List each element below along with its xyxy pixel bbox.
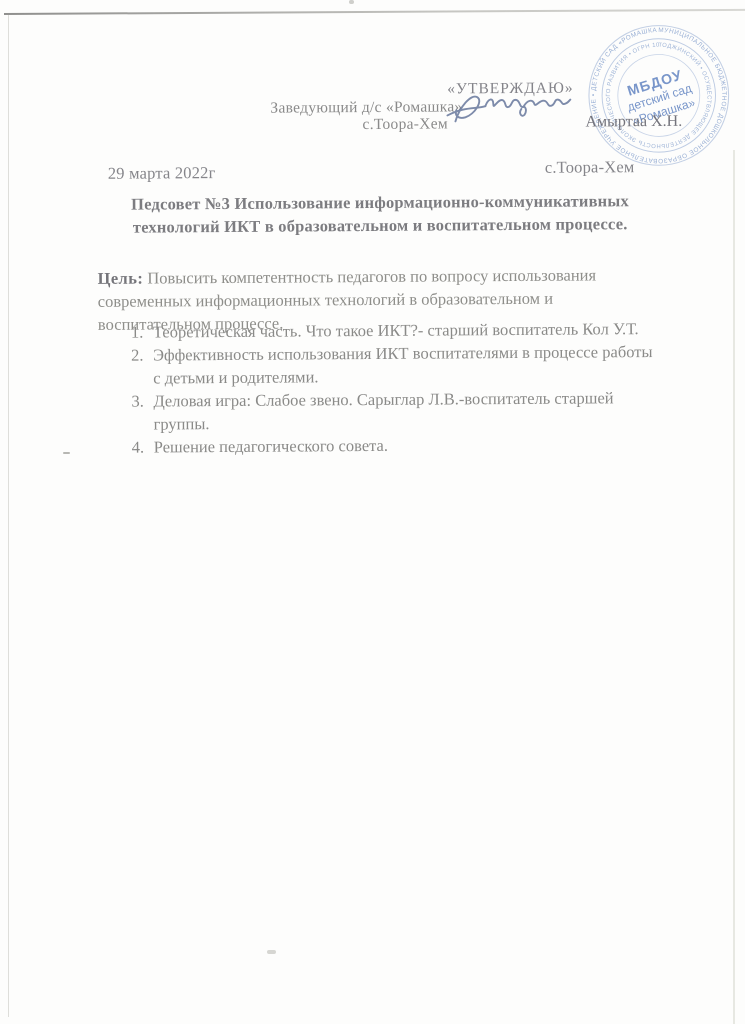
agenda-item: 3. Деловая игра: Слабое звено. Сарыглар …	[131, 386, 676, 436]
agenda-item-number: 4.	[132, 435, 154, 458]
agenda-item-text: Решение педагогического совета.	[154, 434, 388, 459]
document-title: Педсовет №3 Использование информационно-…	[92, 189, 668, 239]
agenda-item-number: 2.	[131, 343, 153, 389]
signature-scribble	[443, 83, 573, 136]
agenda-item-number: 3.	[131, 389, 153, 435]
goal-label: Цель:	[97, 268, 143, 287]
agenda-item-text: Теоретическая часть. Что такое ИКТ?- ста…	[153, 317, 639, 343]
approver-location: с.Тоора-Хем	[362, 115, 448, 134]
approver-name: Амыртаа Х.Н.	[585, 113, 682, 132]
agenda-item: 2. Эффективность использования ИКТ воспи…	[131, 340, 676, 390]
document-title-line2: технологий ИКТ в образовательном и воспи…	[92, 212, 668, 239]
round-stamp: МУНИЦИПАЛЬНОЕ БЮДЖЕТНОЕ ДОШКОЛЬНОЕ ОБРАЗ…	[585, 21, 733, 169]
agenda-list: 1. Теоретическая часть. Что такое ИКТ?- …	[131, 317, 677, 459]
agenda-item: 4. Решение педагогического совета.	[132, 432, 677, 459]
agenda-item-text: Эффективность использования ИКТ воспитат…	[153, 340, 653, 389]
scanned-document-page: «УТВЕРЖДАЮ» Заведующий д/с «Ромашка» с.Т…	[0, 0, 745, 1024]
agenda-item-number: 1.	[131, 320, 153, 343]
agenda-item-text: Деловая игра: Слабое звено. Сарыглар Л.В…	[153, 386, 613, 435]
document-date: 29 марта 2022г	[108, 163, 216, 184]
document-content: «УТВЕРЖДАЮ» Заведующий д/с «Ромашка» с.Т…	[0, 0, 745, 1024]
